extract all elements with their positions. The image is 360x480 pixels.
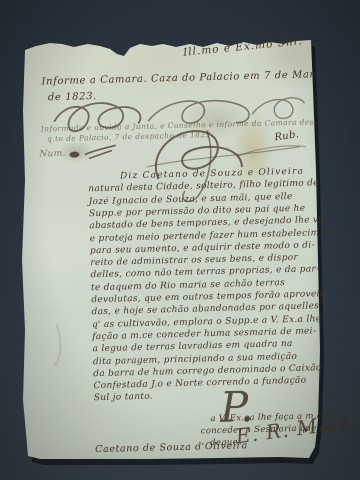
manuscript-photo: Ill.mo e Ex.mo Snr. Informe a Camara. Ca… xyxy=(0,0,360,480)
ink-blot xyxy=(69,151,79,157)
overwritten-signatures-scrawl xyxy=(0,0,360,480)
handwriting-layer: Ill.mo e Ex.mo Snr. Informe a Camara. Ca… xyxy=(0,0,360,480)
